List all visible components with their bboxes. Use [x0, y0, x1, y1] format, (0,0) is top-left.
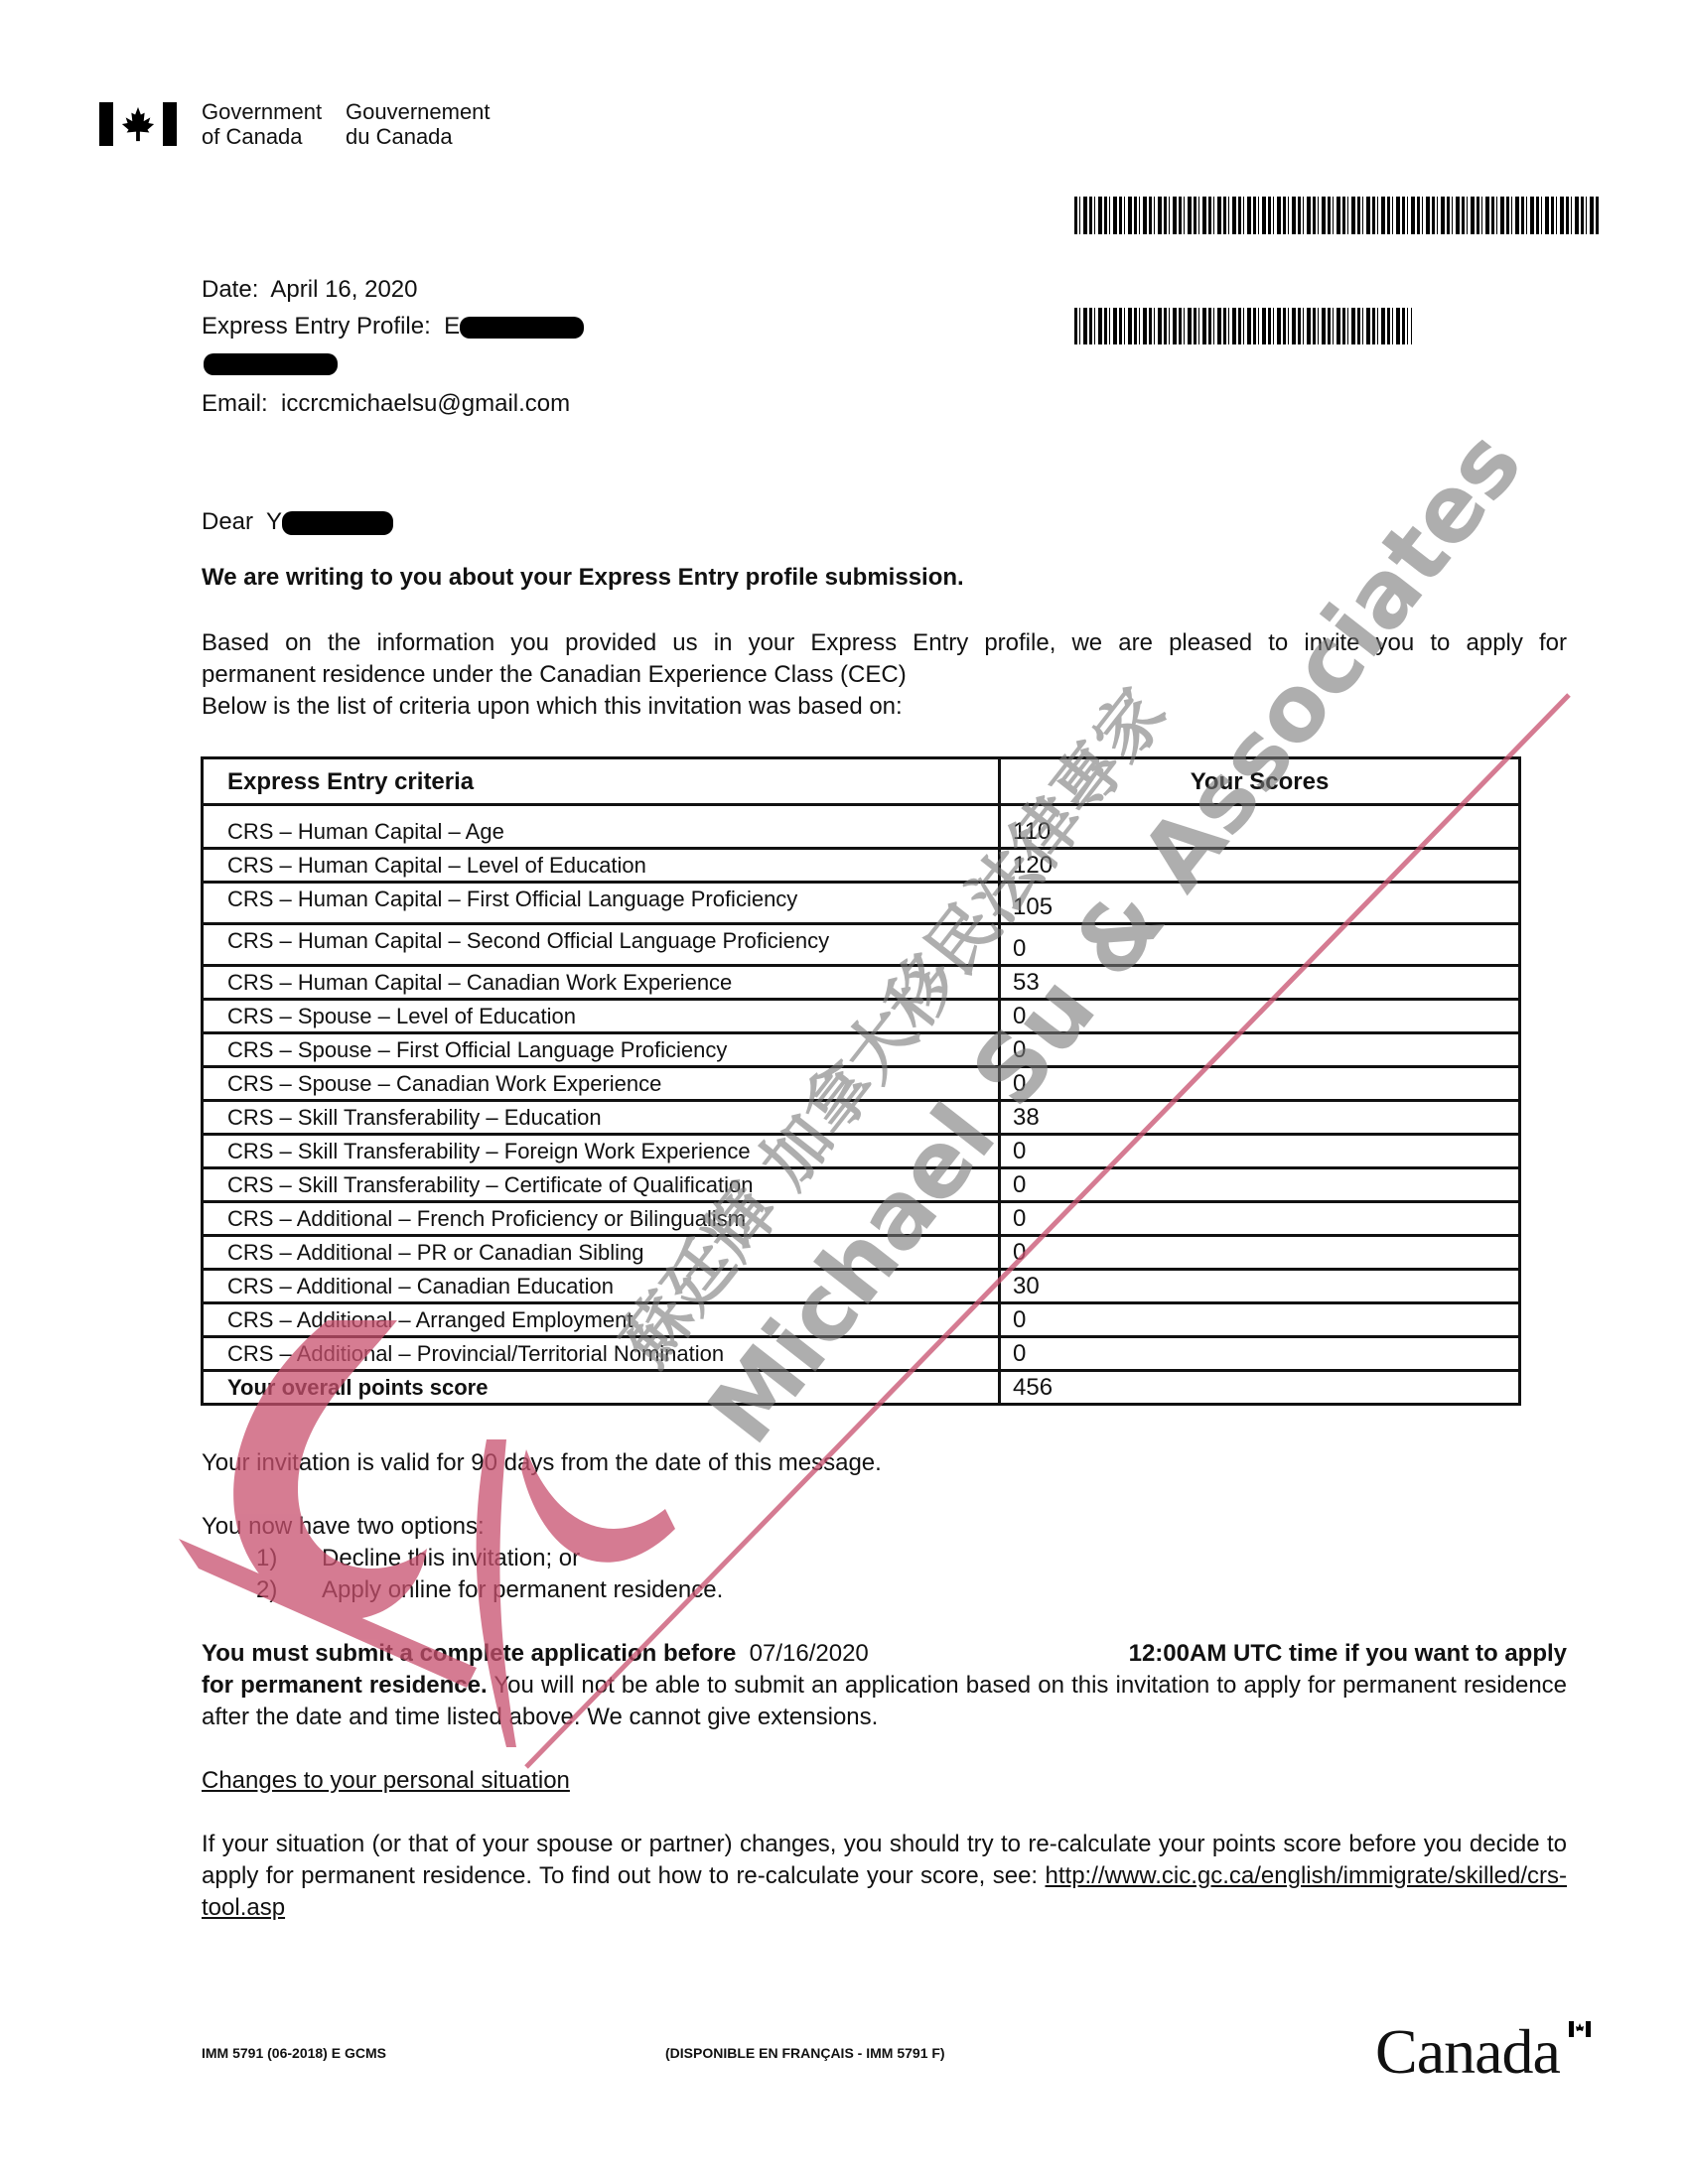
score-cell: 0: [1000, 1337, 1520, 1371]
score-cell: 105: [1000, 883, 1520, 924]
criteria-cell: CRS – Human Capital – First Official Lan…: [203, 883, 1000, 924]
table-row: CRS – Spouse – Level of Education0: [203, 1000, 1520, 1033]
score-cell: 0: [1000, 1135, 1520, 1168]
criteria-cell: CRS – Spouse – Level of Education: [203, 1000, 1000, 1033]
barcode-bottom: [1074, 308, 1412, 344]
canada-flag-logo: [99, 102, 177, 146]
criteria-cell: CRS – Additional – PR or Canadian Siblin…: [203, 1236, 1000, 1270]
score-cell: 53: [1000, 966, 1520, 1000]
score-cell: 30: [1000, 1270, 1520, 1303]
table-row: CRS – Spouse – Canadian Work Experience0: [203, 1067, 1520, 1101]
column-header-criteria: Express Entry criteria: [203, 758, 1000, 805]
maple-leaf-icon: [119, 104, 157, 144]
changes-heading: Changes to your personal situation: [202, 1765, 570, 1797]
deadline-time: 12:00AM UTC time if you want to apply: [1129, 1638, 1567, 1670]
score-cell: 0: [1000, 1303, 1520, 1337]
criteria-cell: CRS – Additional – Arranged Employment: [203, 1303, 1000, 1337]
criteria-cell: CRS – Spouse – First Official Language P…: [203, 1033, 1000, 1067]
total-row: Your overall points score456: [203, 1371, 1520, 1405]
intro-heading: We are writing to you about your Express…: [202, 562, 964, 594]
redaction-mark: [204, 353, 338, 375]
score-cell: 0: [1000, 1202, 1520, 1236]
score-cell: 120: [1000, 849, 1520, 883]
table-row: CRS – Additional – Provincial/Territoria…: [203, 1337, 1520, 1371]
total-score: 456: [1000, 1371, 1520, 1405]
intro-paragraph-line1: Based on the information you provided us…: [202, 627, 1567, 659]
table-row: CRS – Additional – Canadian Education30: [203, 1270, 1520, 1303]
criteria-cell: CRS – Human Capital – Canadian Work Expe…: [203, 966, 1000, 1000]
table-row: CRS – Additional – French Proficiency or…: [203, 1202, 1520, 1236]
score-cell: 110: [1000, 805, 1520, 849]
letter-date: April 16, 2020: [270, 276, 417, 303]
table-row: CRS – Skill Transferability – Education3…: [203, 1101, 1520, 1135]
score-cell: 0: [1000, 1236, 1520, 1270]
profile-number: E: [444, 313, 460, 340]
score-cell: 38: [1000, 1101, 1520, 1135]
criteria-cell: CRS – Skill Transferability – Certificat…: [203, 1168, 1000, 1202]
criteria-cell: CRS – Additional – Provincial/Territoria…: [203, 1337, 1000, 1371]
validity-text: Your invitation is valid for 90 days fro…: [202, 1447, 882, 1479]
intro-paragraph-line3: Below is the list of criteria upon which…: [202, 691, 1567, 723]
criteria-cell: CRS – Human Capital – Second Official La…: [203, 924, 1000, 966]
table-row: CRS – Additional – PR or Canadian Siblin…: [203, 1236, 1520, 1270]
score-cell: 0: [1000, 924, 1520, 966]
government-of-canada-en: Government of Canada: [202, 99, 322, 149]
barcode-top: [1074, 197, 1601, 234]
criteria-cell: CRS – Human Capital – Level of Education: [203, 849, 1000, 883]
option-item: 2)Apply online for permanent residence.: [256, 1574, 723, 1606]
changes-paragraph: If your situation (or that of your spous…: [202, 1829, 1567, 1924]
table-row: CRS – Human Capital – Canadian Work Expe…: [203, 966, 1520, 1000]
government-of-canada-fr: Gouvernement du Canada: [346, 99, 491, 149]
options-intro: You now have two options:: [202, 1511, 485, 1543]
date-line: Date: April 16, 2020: [202, 274, 418, 306]
table-header-row: Express Entry criteria Your Scores: [203, 758, 1520, 805]
table-row: CRS – Additional – Arranged Employment0: [203, 1303, 1520, 1337]
option-item: 1)Decline this invitation; or: [256, 1543, 580, 1574]
score-cell: 0: [1000, 1000, 1520, 1033]
score-cell: 0: [1000, 1168, 1520, 1202]
profile-line: Express Entry Profile: E: [202, 311, 584, 342]
redaction-mark: [460, 317, 584, 339]
total-label: Your overall points score: [203, 1371, 1000, 1405]
email-value: iccrcmichaelsu@gmail.com: [281, 390, 570, 417]
form-code: IMM 5791 (06-2018) E GCMS: [202, 2045, 386, 2061]
deadline-paragraph: for permanent residence. You will not be…: [202, 1670, 1567, 1733]
criteria-cell: CRS – Human Capital – Age: [203, 805, 1000, 849]
canada-wordmark: Canada: [1375, 2015, 1560, 2089]
table-row: CRS – Human Capital – Second Official La…: [203, 924, 1520, 966]
table-row: CRS – Human Capital – Age110: [203, 805, 1520, 849]
email-line: Email: iccrcmichaelsu@gmail.com: [202, 388, 570, 420]
table-row: CRS – Human Capital – First Official Lan…: [203, 883, 1520, 924]
canada-wordmark-flag-icon: [1569, 2021, 1591, 2037]
table-row: CRS – Spouse – First Official Language P…: [203, 1033, 1520, 1067]
table-row: CRS – Human Capital – Level of Education…: [203, 849, 1520, 883]
crs-score-table: Express Entry criteria Your Scores CRS –…: [201, 756, 1521, 1406]
criteria-cell: CRS – Spouse – Canadian Work Experience: [203, 1067, 1000, 1101]
french-availability-note: (DISPONIBLE EN FRANÇAIS - IMM 5791 F): [665, 2045, 945, 2061]
score-cell: 0: [1000, 1067, 1520, 1101]
table-row: CRS – Skill Transferability – Certificat…: [203, 1168, 1520, 1202]
intro-paragraph-line2: permanent residence under the Canadian E…: [202, 659, 1567, 691]
criteria-cell: CRS – Additional – Canadian Education: [203, 1270, 1000, 1303]
deadline-date: 07/16/2020: [750, 1640, 869, 1667]
column-header-scores: Your Scores: [1000, 758, 1520, 805]
deadline-line1: You must submit a complete application b…: [202, 1638, 1567, 1670]
score-cell: 0: [1000, 1033, 1520, 1067]
salutation: Dear Y: [202, 506, 393, 538]
criteria-cell: CRS – Additional – French Proficiency or…: [203, 1202, 1000, 1236]
redaction-mark: [282, 511, 393, 535]
criteria-cell: CRS – Skill Transferability – Foreign Wo…: [203, 1135, 1000, 1168]
table-row: CRS – Skill Transferability – Foreign Wo…: [203, 1135, 1520, 1168]
criteria-cell: CRS – Skill Transferability – Education: [203, 1101, 1000, 1135]
